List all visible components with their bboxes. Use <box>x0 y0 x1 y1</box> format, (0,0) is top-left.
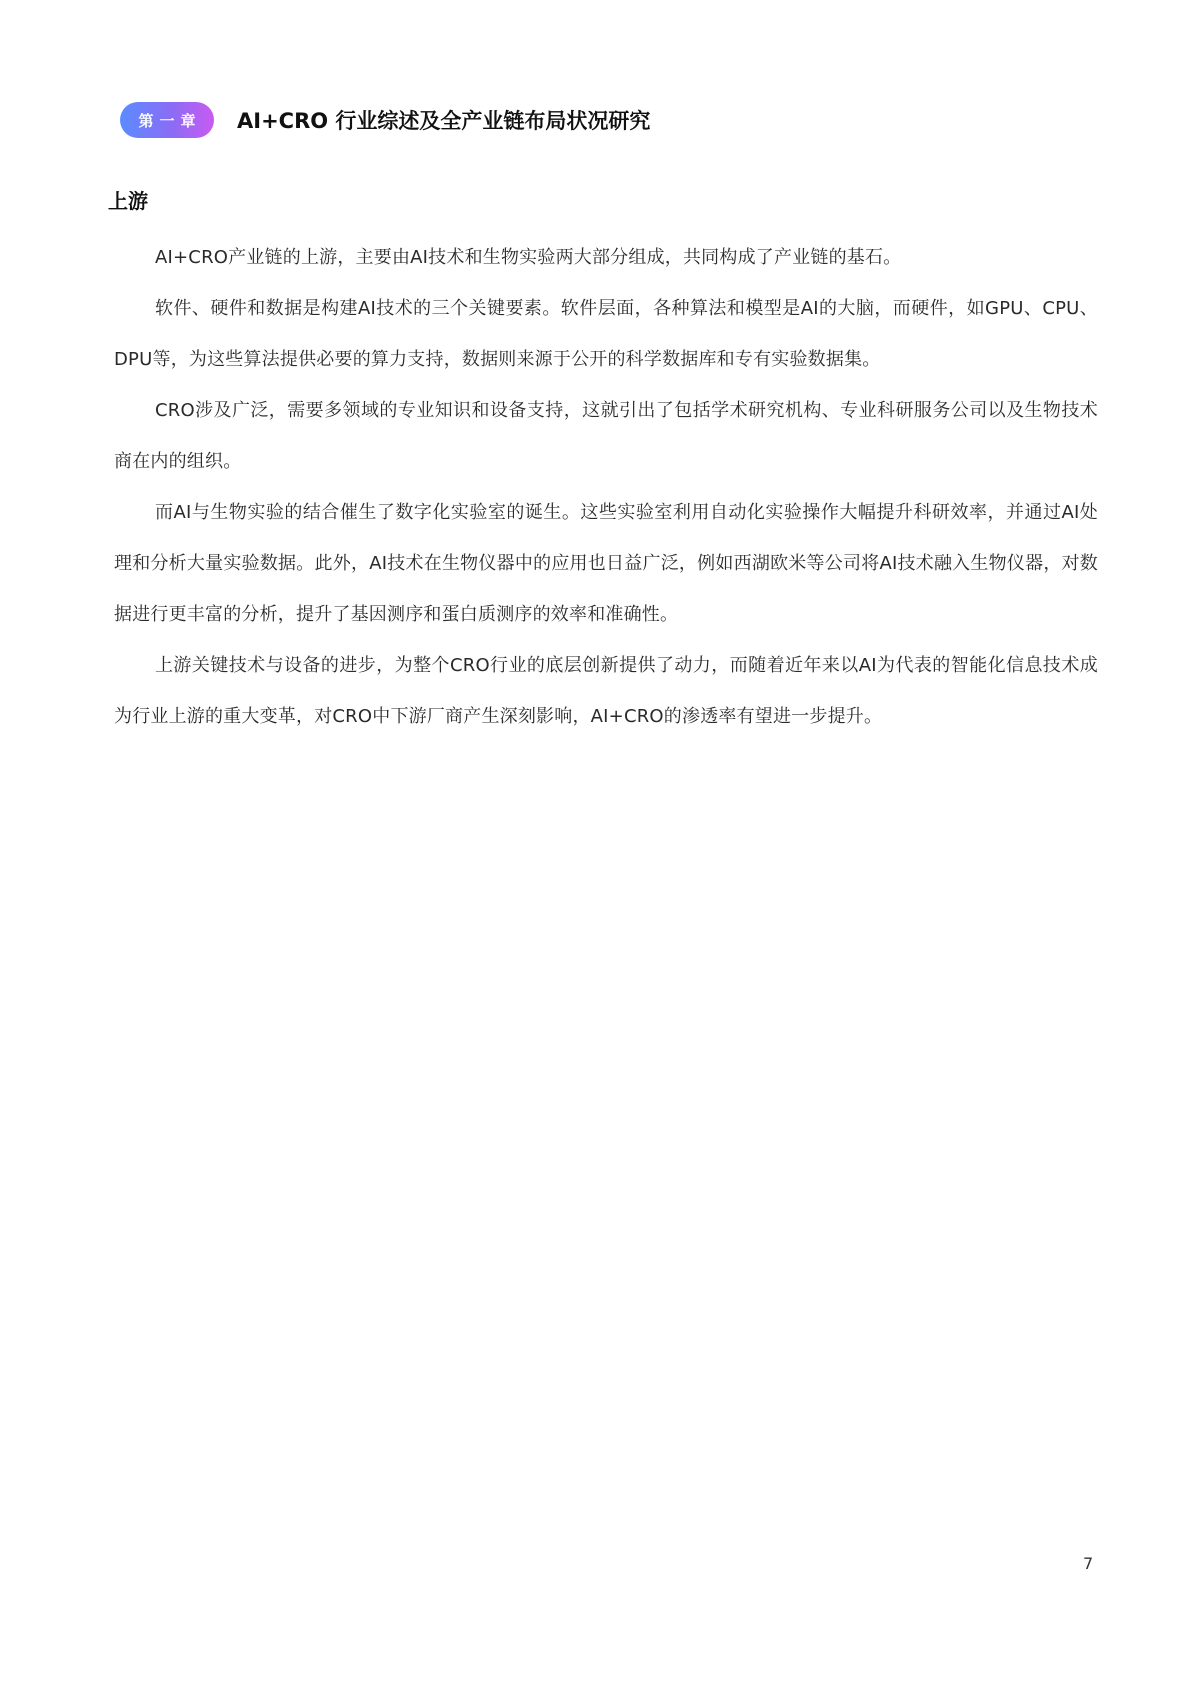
section-heading: 上游 <box>108 185 148 214</box>
chapter-badge: 第一章 <box>120 102 214 138</box>
chapter-header: 第一章 AI+CRO 行业综述及全产业链布局状况研究 <box>120 101 650 139</box>
section-body: AI+CRO产业链的上游，主要由AI技术和生物实验两大部分组成，共同构成了产业链… <box>114 232 1098 742</box>
paragraph: 软件、硬件和数据是构建AI技术的三个关键要素。软件层面，各种算法和模型是AI的大… <box>114 283 1098 385</box>
page-number: 7 <box>1083 1554 1093 1573</box>
paragraph: 上游关键技术与设备的进步，为整个CRO行业的底层创新提供了动力，而随着近年来以A… <box>114 640 1098 742</box>
paragraph: 而AI与生物实验的结合催生了数字化实验室的诞生。这些实验室利用自动化实验操作大幅… <box>114 487 1098 640</box>
paragraph: CRO涉及广泛，需要多领域的专业知识和设备支持，这就引出了包括学术研究机构、专业… <box>114 385 1098 487</box>
chapter-title: AI+CRO 行业综述及全产业链布局状况研究 <box>237 105 650 135</box>
paragraph: AI+CRO产业链的上游，主要由AI技术和生物实验两大部分组成，共同构成了产业链… <box>114 232 1098 283</box>
